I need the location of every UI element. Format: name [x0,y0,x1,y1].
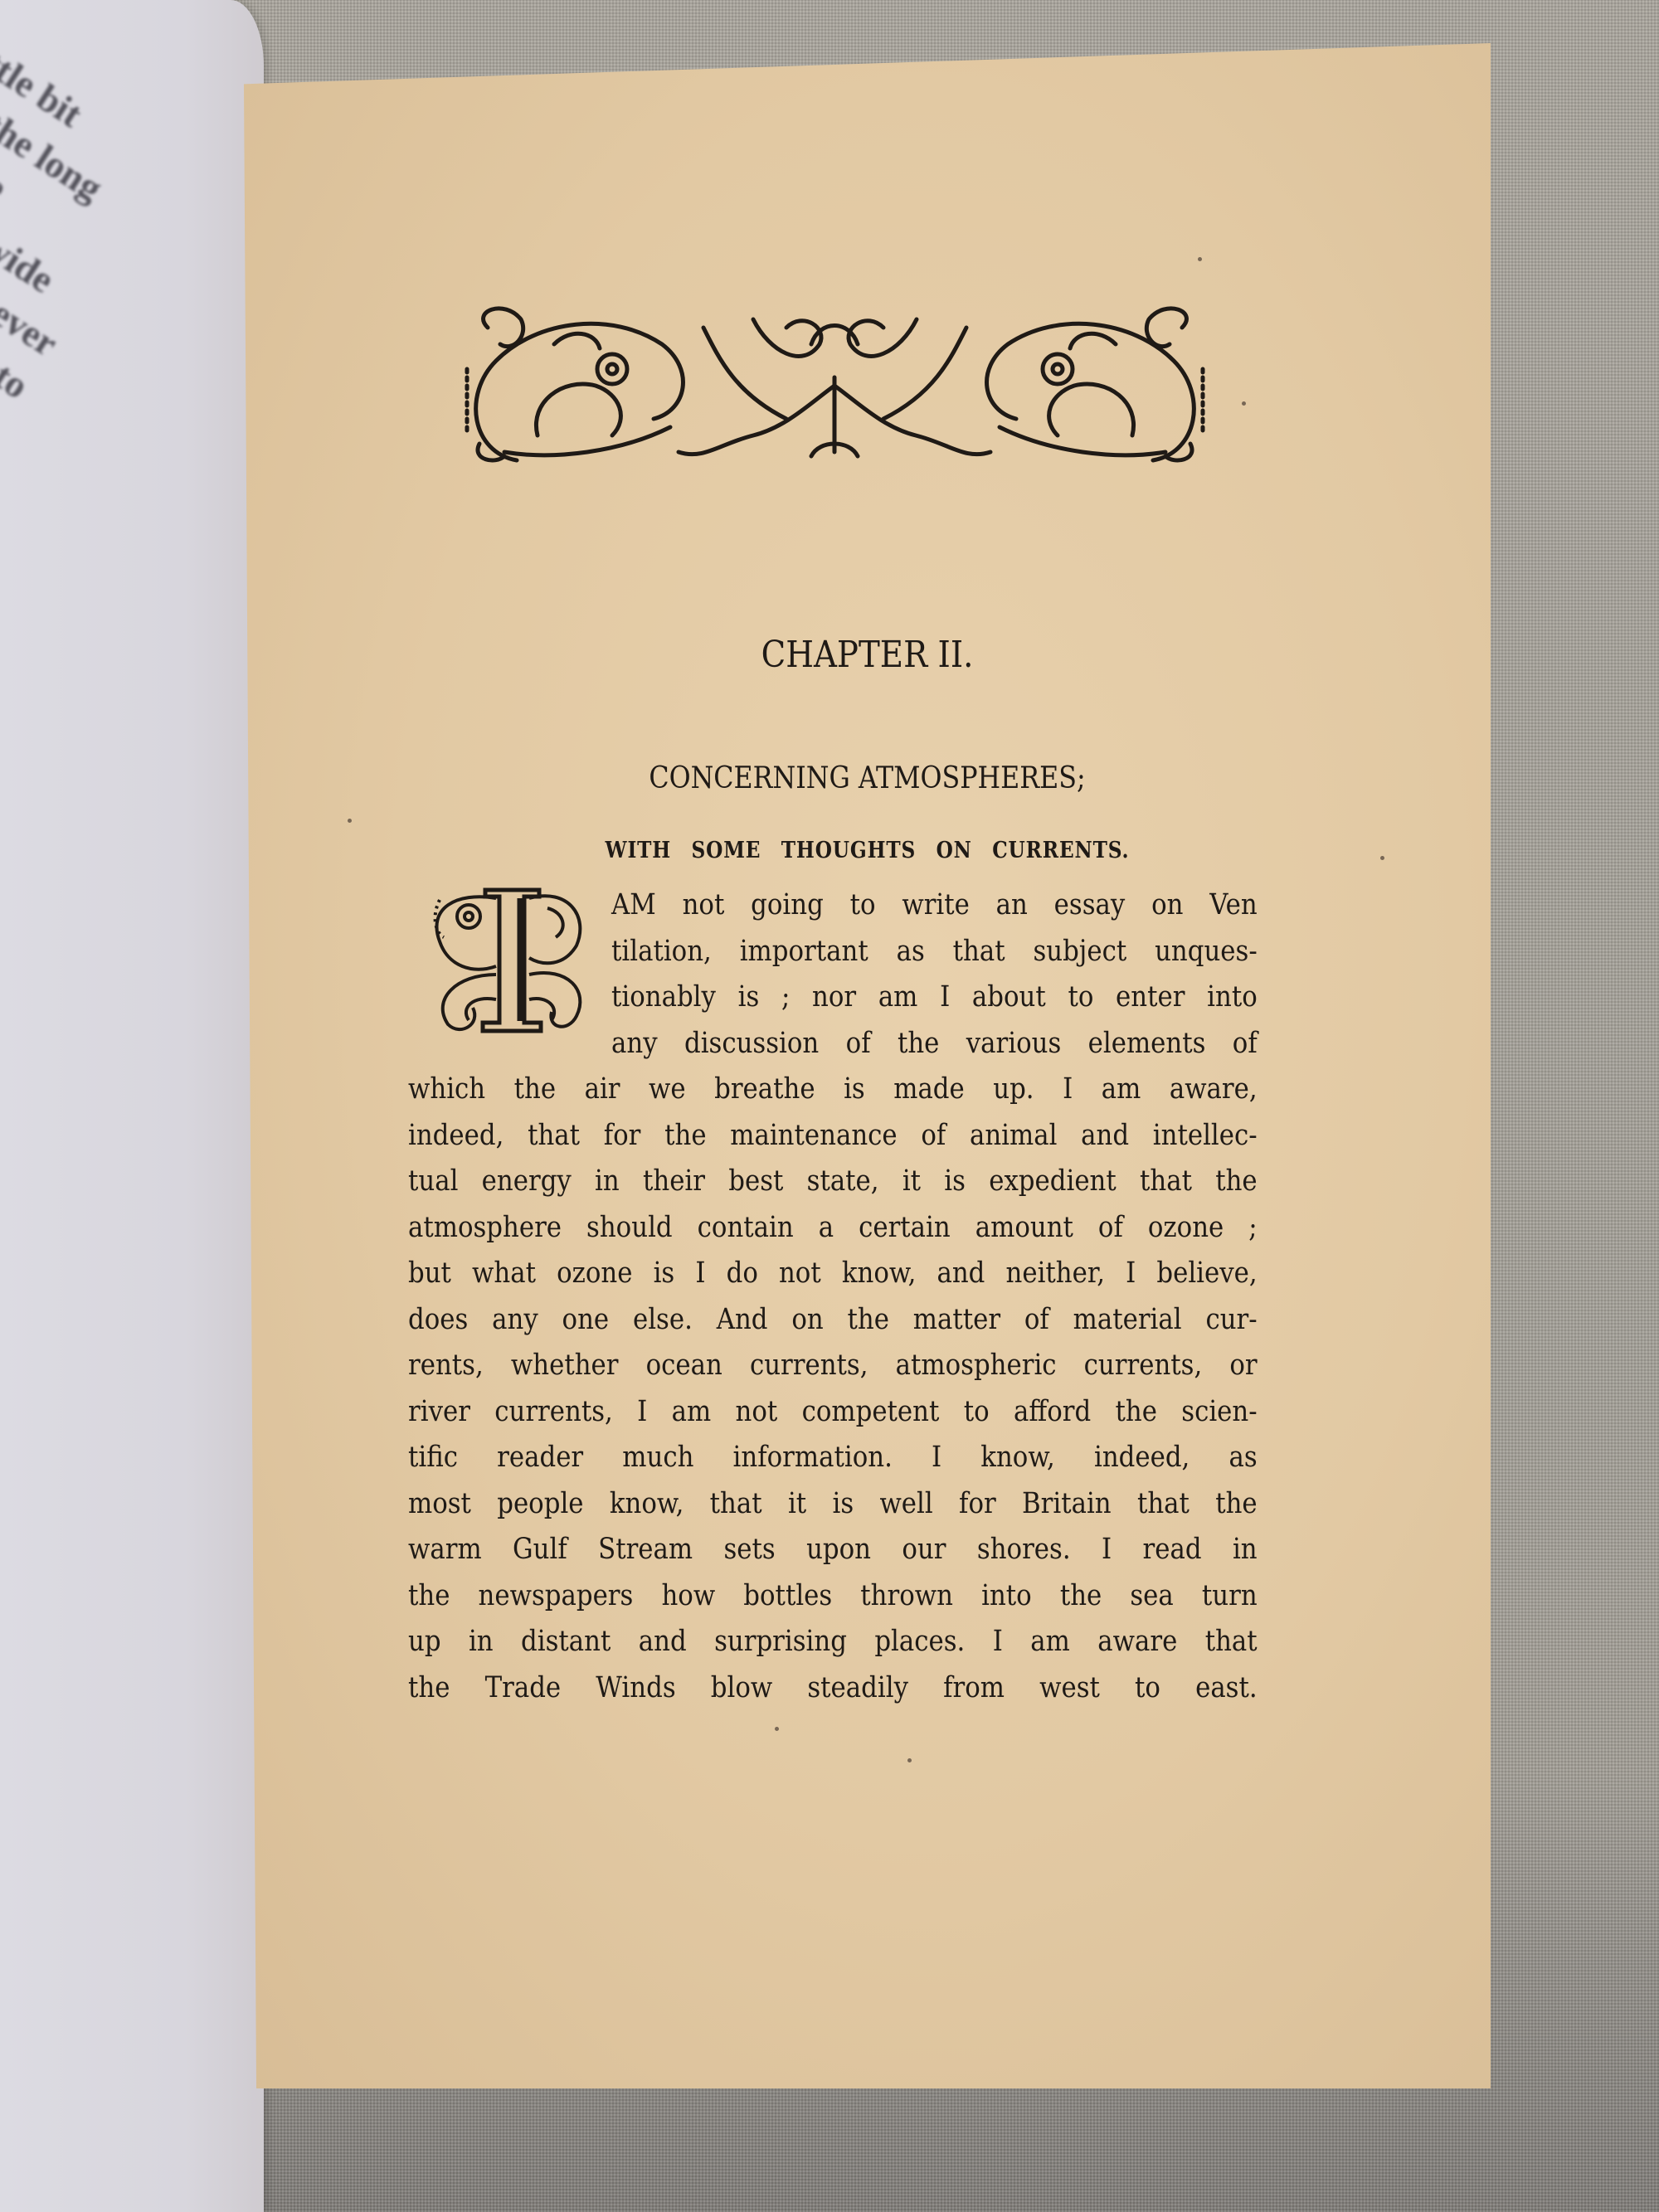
body-line: atmosphere should contain a certain amou… [408,1205,1258,1252]
body-line: river currents, I am not competent to af… [408,1389,1258,1436]
body-line: tionably is ; nor am I about to enter in… [611,975,1258,1021]
left-page-text: is lost, a little bit solemn and the lon… [0,0,229,616]
body-line: warm Gulf Stream sets upon our shores. I… [408,1527,1258,1573]
body-line: the Trade Winds blow steadily from west … [408,1665,1258,1712]
body-line: up in distant and surprising places. I a… [408,1619,1258,1665]
body-line: tific reader much information. I know, i… [408,1435,1258,1481]
right-page: CHAPTER II. CONCERNING ATMOSPHERES; WITH… [244,43,1491,2088]
chapter-subtitle: CONCERNING ATMOSPHERES; [319,761,1416,795]
body-line: most people know, that it is well for Br… [408,1481,1258,1528]
body-line: the newspapers how bottles thrown into t… [408,1573,1258,1620]
body-text: AM not going to write an essay on Ven ti… [408,882,1258,1711]
body-line: does any one else. And on the matter of … [408,1297,1258,1344]
body-line: indeed, that for the maintenance of anim… [408,1113,1258,1159]
floral-headpiece-ornament-icon [455,294,1215,470]
body-line: tual energy in their best state, it is e… [408,1159,1258,1205]
paper-speck [1380,856,1384,860]
paper-speck [348,819,352,823]
body-line: rents, whether ocean currents, atmospher… [408,1343,1258,1389]
paper-speck [775,1727,779,1731]
paper-speck [907,1758,912,1762]
left-facing-page: is lost, a little bit solemn and the lon… [0,0,264,2212]
body-line: tilation, important as that subject unqu… [611,929,1258,975]
body-line: AM not going to write an essay on Ven [611,882,1258,929]
chapter-tagline: WITH SOME THOUGHTS ON CURRENTS. [331,838,1404,863]
chapter-title: CHAPTER II. [319,634,1416,676]
paper-speck [1242,401,1246,406]
body-line: any discussion of the various elements o… [611,1021,1258,1067]
paper-speck [1198,257,1202,261]
body-line: but what ozone is I do not know, and nei… [408,1251,1258,1297]
body-line: which the air we breathe is made up. I a… [408,1067,1258,1113]
